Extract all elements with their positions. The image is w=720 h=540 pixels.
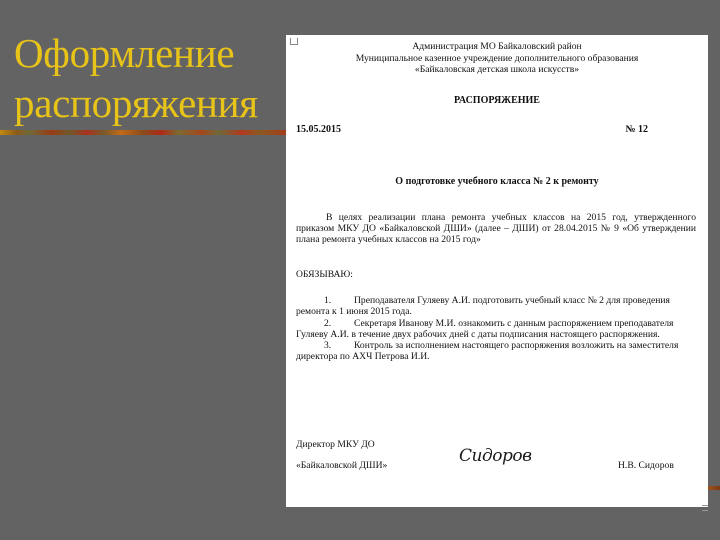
order-document-image: Администрация МО Байкаловский район Муни… — [286, 35, 708, 507]
document-preamble: В целях реализации плана ремонта учебных… — [296, 212, 696, 246]
slide-title: Оформление распоряжения — [14, 28, 294, 128]
decorative-divider-stub — [708, 486, 720, 490]
document-subject: О подготовке учебного класса № 2 к ремон… — [286, 176, 708, 188]
order-item: 2.Секретаря Иванову М.И. ознакомить с да… — [296, 318, 696, 341]
order-item: 3.Контроль за исполнением настоящего рас… — [296, 340, 696, 363]
document-date: 15.05.2015 — [296, 124, 341, 136]
handwritten-signature: Сидоров — [459, 451, 531, 463]
order-item-number: 2. — [324, 318, 354, 329]
slide-title-line-1: Оформление — [14, 28, 294, 78]
obligate-label: ОБЯЗЫВАЮ: — [296, 269, 353, 281]
order-item: 1.Преподавателя Гуляеву А.И. подготовить… — [296, 295, 696, 318]
resize-handle-icon — [702, 505, 708, 511]
header-line-administration: Администрация МО Байкаловский район — [286, 41, 708, 53]
decorative-divider — [0, 130, 288, 135]
signatory-title: Директор МКУ ДО — [296, 439, 375, 451]
order-item-number: 3. — [324, 340, 354, 351]
document-number: № 12 — [625, 124, 648, 136]
signatory-organization: «Байкаловской ДШИ» — [296, 460, 387, 472]
signatory-name: Н.В. Сидоров — [618, 460, 674, 472]
header-line-institution: Муниципальное казенное учреждение дополн… — [286, 53, 708, 65]
order-items: 1.Преподавателя Гуляеву А.И. подготовить… — [296, 295, 696, 363]
header-line-school: «Байкаловская детская школа искусств» — [286, 64, 708, 76]
order-item-text: Контроль за исполнением настоящего распо… — [296, 340, 678, 362]
document-header: Администрация МО Байкаловский район Муни… — [286, 41, 708, 76]
slide-title-line-2: распоряжения — [14, 78, 294, 128]
document-type: РАСПОРЯЖЕНИЕ — [286, 95, 708, 107]
order-item-number: 1. — [324, 295, 354, 306]
